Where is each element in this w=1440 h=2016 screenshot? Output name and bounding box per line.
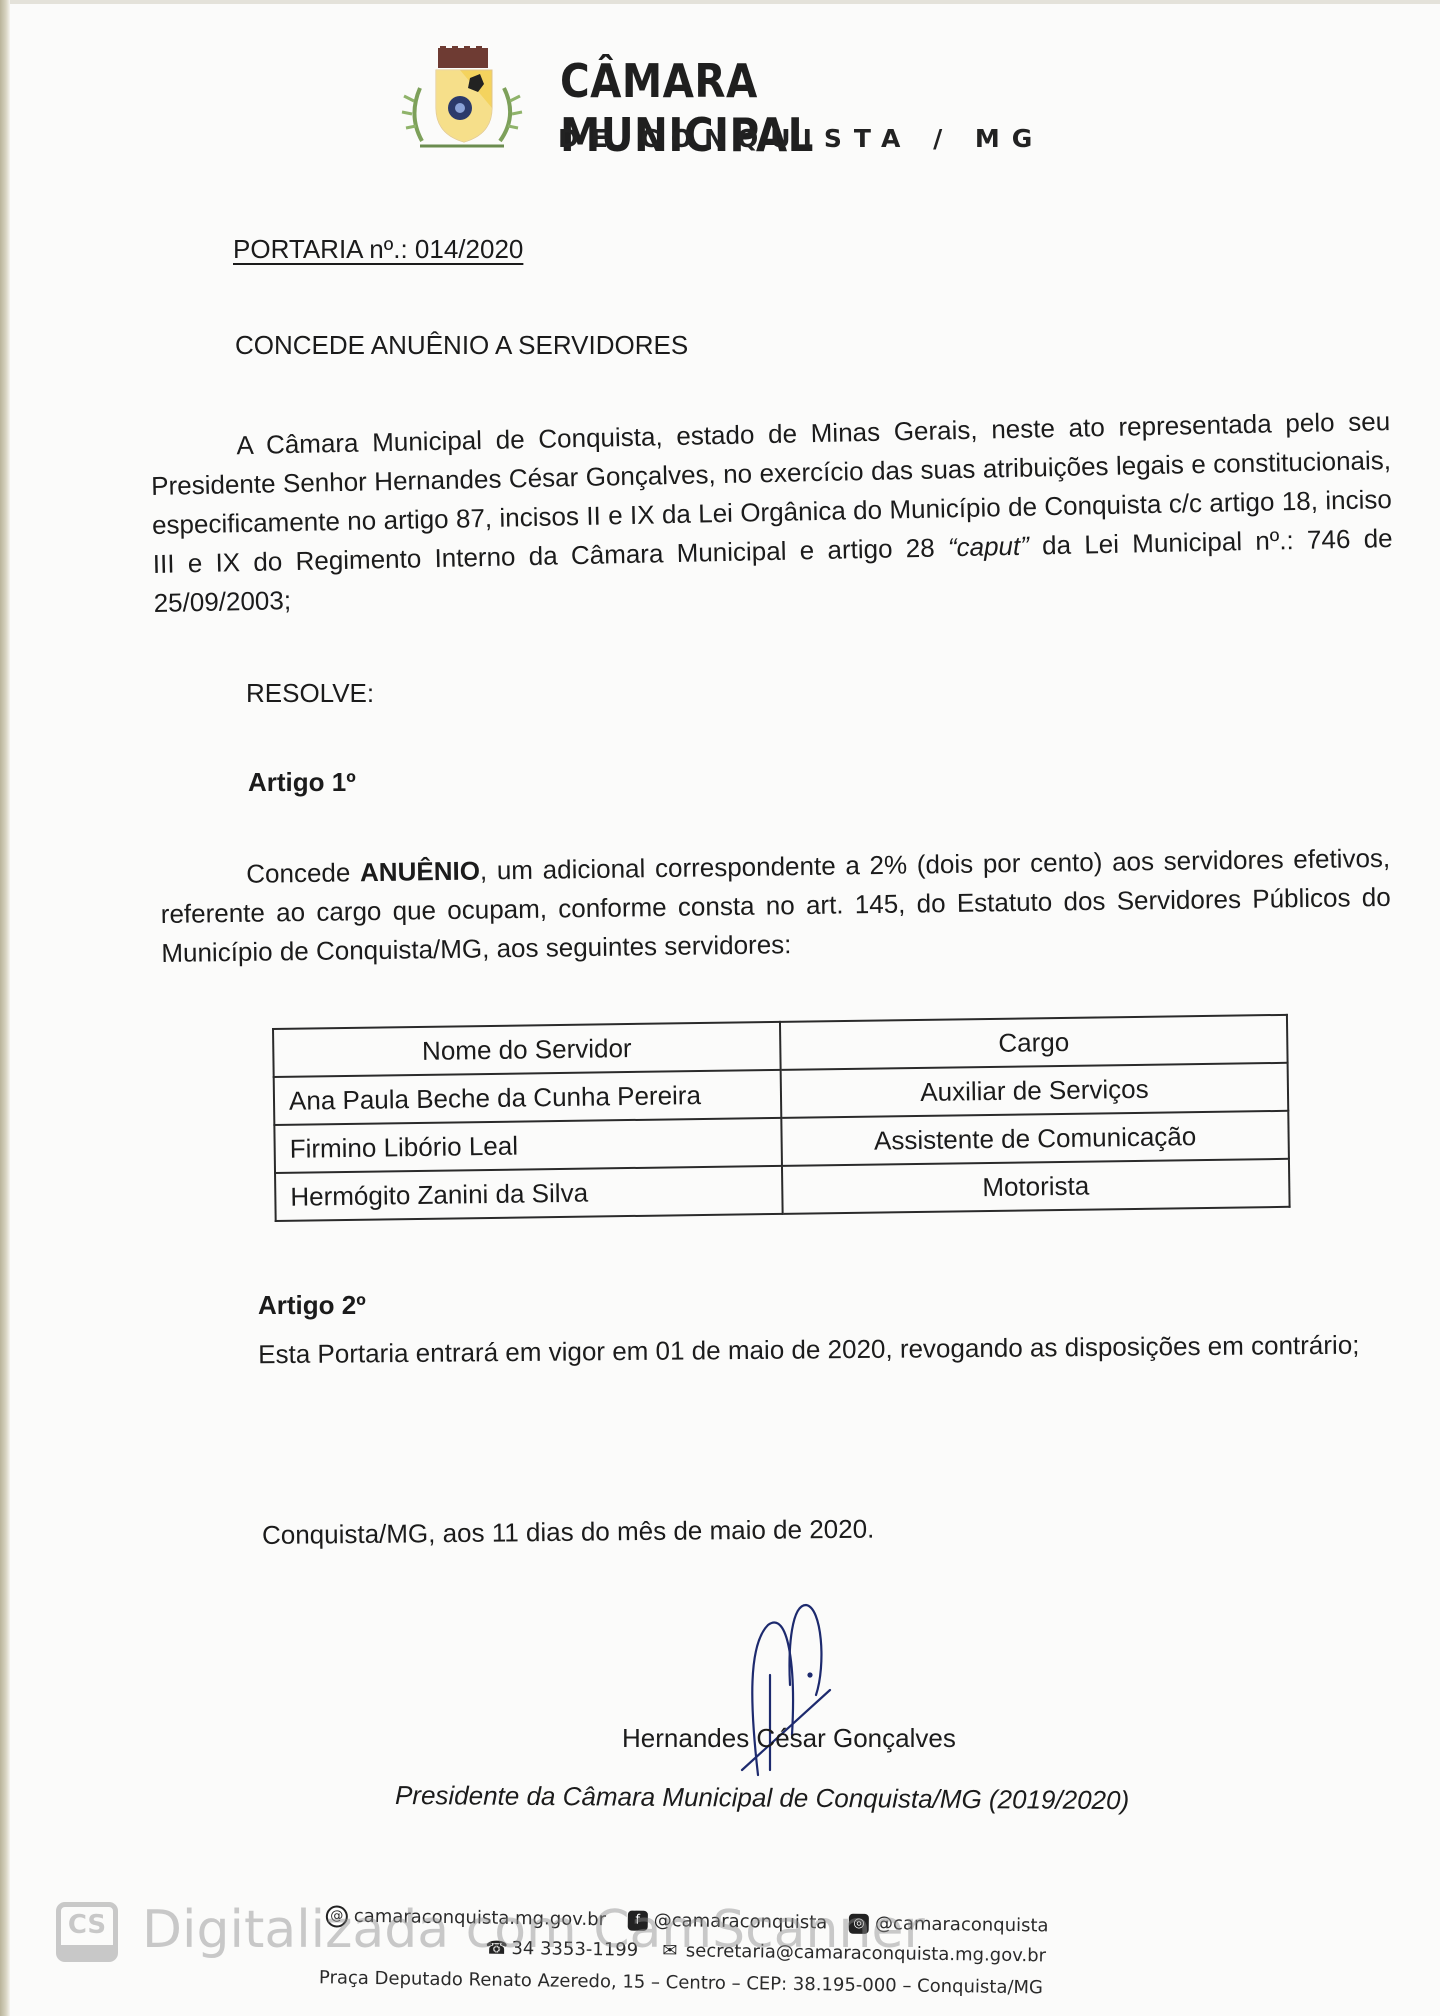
cell-cargo: Assistente de Comunicação [781,1111,1289,1166]
preamble-caput: “caput” [948,531,1030,563]
header-cargo: Cargo [780,1015,1288,1070]
cell-nome: Firmino Libório Leal [274,1118,782,1173]
preamble-paragraph: A Câmara Municipal de Conquista, estado … [150,402,1394,623]
footer-address: Praça Deputado Renato Azeredo, 15 – Cent… [319,1967,1043,1998]
cell-cargo: Auxiliar de Serviços [781,1063,1289,1118]
email-icon: ✉ [660,1941,680,1961]
camscanner-logo-icon: CS [56,1902,118,1962]
institution-subtitle: DE CONQUISTA / MG [558,124,1044,153]
footer-website[interactable]: camaraconquista.mg.gov.br [354,1906,606,1931]
coat-of-arms-icon [400,46,525,154]
cell-cargo: Motorista [782,1159,1290,1214]
website-icon: @ [326,1905,348,1927]
footer-social-row: @camaraconquista.mg.gov.br f@camaraconqu… [310,1905,1049,1937]
dateline: Conquista/MG, aos 11 dias do mês de maio… [262,1514,875,1551]
footer-facebook[interactable]: @camaraconquista [654,1910,828,1933]
footer-contact-row: ☎34 3353-1199 ✉secretaria@camaraconquist… [469,1937,1046,1966]
artigo2-paragraph: Esta Portaria entrará em vigor em 01 de … [172,1319,1402,1381]
ementa: CONCEDE ANUÊNIO A SERVIDORES [235,330,688,361]
portaria-number: PORTARIA nº.: 014/2020 [233,234,523,265]
servers-table: Nome do Servidor Cargo Ana Paula Beche d… [272,1014,1291,1222]
header-nome: Nome do Servidor [273,1022,781,1077]
footer-phone: 34 3353-1199 [511,1938,638,1961]
signer-role: Presidente da Câmara Municipal de Conqui… [395,1780,1129,1816]
artigo1-paragraph: Concede ANUÊNIO, um adicional correspond… [160,839,1392,973]
artigo2-heading: Artigo 2º [258,1290,366,1321]
footer-instagram[interactable]: @camaraconquista [875,1913,1049,1936]
footer-email[interactable]: secretaria@camaraconquista.mg.gov.br [686,1940,1046,1966]
signature-icon [730,1585,870,1785]
letterhead: CÂMARA MUNICIPAL DE CONQUISTA / MG [400,42,1080,162]
phone-icon: ☎ [485,1939,505,1959]
page-top-edge [0,0,1440,4]
signer-name: Hernandes César Gonçalves [622,1723,956,1754]
artigo1-text-before: Concede [246,857,360,889]
letterhead-footer: @camaraconquista.mg.gov.br f@camaraconqu… [300,1905,1260,1918]
artigo1-text-bold: ANUÊNIO [360,856,480,888]
resolve-label: RESOLVE: [246,678,374,709]
artigo1-heading: Artigo 1º [248,767,356,798]
page-left-edge [0,0,10,2016]
instagram-icon: ◎ [849,1914,869,1934]
cell-nome: Hermógito Zanini da Silva [275,1166,783,1221]
cell-nome: Ana Paula Beche da Cunha Pereira [274,1070,782,1125]
artigo2-text: Esta Portaria entrará em vigor em 01 de … [258,1330,1359,1370]
facebook-icon: f [628,1911,648,1931]
